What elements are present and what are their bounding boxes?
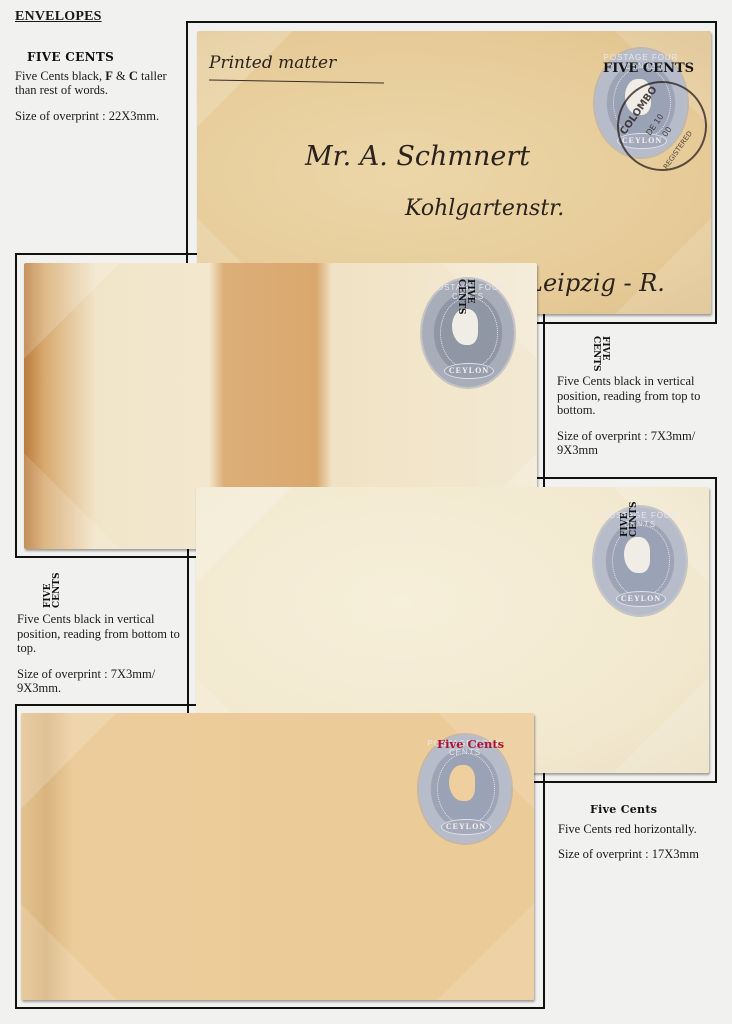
queen-victoria-head-icon <box>624 537 650 573</box>
note-size: Size of overprint : 7X3mm/ 9X3mm <box>557 429 722 458</box>
overprint-five-cents-vertical: FIVE CENTS <box>456 279 474 314</box>
note-description: Five Cents black, F & C taller than rest… <box>15 69 180 98</box>
note-size: Size of overprint : 17X3mm <box>558 847 723 862</box>
underline <box>209 79 384 83</box>
note-description: Five Cents black in vertical position, r… <box>557 374 722 418</box>
overprint-five-cents: FIVE CENTS <box>603 61 694 76</box>
handwriting-street: Kohlgartenstr. <box>405 196 564 221</box>
embossed-stamp: POSTAGE FOUR CENTS CEYLON <box>419 735 511 843</box>
queen-victoria-head-icon <box>449 765 475 801</box>
note-vertical-bottom-top: FIVE CENTS Five Cents black in vertical … <box>17 576 187 707</box>
overprint-five-cents-red: Five Cents <box>437 737 504 751</box>
embossed-stamp: POSTAGE FOUR CENTS CEYLON <box>594 507 686 615</box>
overprint-sample: FIVE CENTS <box>44 576 187 612</box>
note-vertical-top-bottom: FIVE CENTS Five Cents black in vertical … <box>557 336 722 469</box>
note-size: Size of overprint : 7X3mm/ 9X3mm. <box>17 667 187 696</box>
handwriting-city: Leipzig - R. <box>527 269 665 297</box>
overprint-sample: Five Cents <box>590 803 723 818</box>
overprint-sample: FIVE CENTS <box>27 50 180 65</box>
note-description: Five Cents red horizontally. <box>558 822 723 837</box>
envelope-4-red-overprint: POSTAGE FOUR CENTS CEYLON Five Cents <box>21 713 534 1000</box>
page-title: ENVELOPES <box>15 9 102 25</box>
note-red-horizontal: Five Cents Five Cents red horizontally. … <box>558 803 723 873</box>
handwriting-addressee: Mr. A. Schmnert <box>305 141 530 172</box>
overprint-sample: FIVE CENTS <box>595 336 722 374</box>
note-size: Size of overprint : 22X3mm. <box>15 109 180 124</box>
note-five-cents-tall-fc: FIVE CENTS Five Cents black, F & C talle… <box>15 50 180 134</box>
handwriting-printed-matter: Printed matter <box>209 53 336 73</box>
overprint-five-cents-vertical: FIVE CENTS <box>621 502 639 537</box>
note-description: Five Cents black in vertical position, r… <box>17 612 187 656</box>
